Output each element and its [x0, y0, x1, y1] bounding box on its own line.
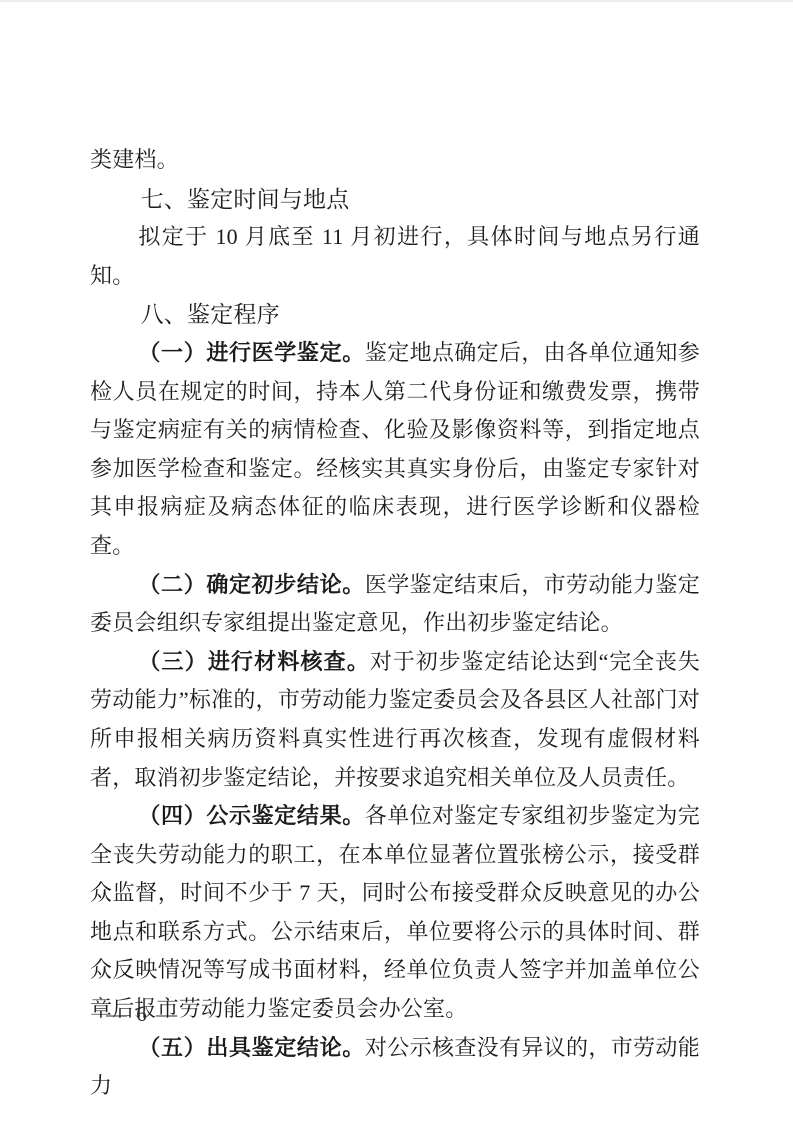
paragraph-item-3: （三）进行材料核查。对于初步鉴定结论达到“完全丧失劳动能力”标准的，市劳动能力鉴… [90, 643, 700, 797]
section-heading-7: 七、鉴定时间与地点 [90, 180, 700, 219]
paragraph-continuation: 类建档。 [90, 141, 700, 180]
item-1-label: （一）进行医学鉴定。 [138, 340, 365, 365]
document-body: 类建档。 七、鉴定时间与地点 拟定于 10 月底至 11 月初进行，具体时间与地… [90, 141, 700, 1106]
section-heading-8: 八、鉴定程序 [90, 295, 700, 334]
document-page: 类建档。 七、鉴定时间与地点 拟定于 10 月底至 11 月初进行，具体时间与地… [0, 0, 793, 1124]
item-4-text: 各单位对鉴定专家组初步鉴定为完全丧失劳动能力的职工，在本单位显著位置张榜公示，接… [90, 803, 700, 1021]
paragraph-item-4: （四）公示鉴定结果。各单位对鉴定专家组初步鉴定为完全丧失劳动能力的职工，在本单位… [90, 797, 700, 1029]
paragraph-item-1: （一）进行医学鉴定。鉴定地点确定后，由各单位通知参检人员在规定的时间，持本人第二… [90, 334, 700, 566]
item-5-label: （五）出具鉴定结论。 [138, 1035, 365, 1060]
paragraph-time-place: 拟定于 10 月底至 11 月初进行，具体时间与地点另行通知。 [90, 218, 700, 295]
item-4-label: （四）公示鉴定结果。 [138, 803, 365, 828]
item-1-text: 鉴定地点确定后，由各单位通知参检人员在规定的时间，持本人第二代身份证和缴费发票，… [90, 340, 700, 558]
item-2-label: （二）确定初步结论。 [138, 572, 365, 597]
page-number: — 6 — [106, 1002, 179, 1026]
paragraph-item-2: （二）确定初步结论。医学鉴定结束后，市劳动能力鉴定委员会组织专家组提出鉴定意见，… [90, 566, 700, 643]
page-footer: — 6 — [106, 1002, 179, 1027]
item-3-label: （三）进行材料核查。 [138, 649, 370, 674]
paragraph-item-5: （五）出具鉴定结论。对公示核查没有异议的，市劳动能力 [90, 1029, 700, 1106]
